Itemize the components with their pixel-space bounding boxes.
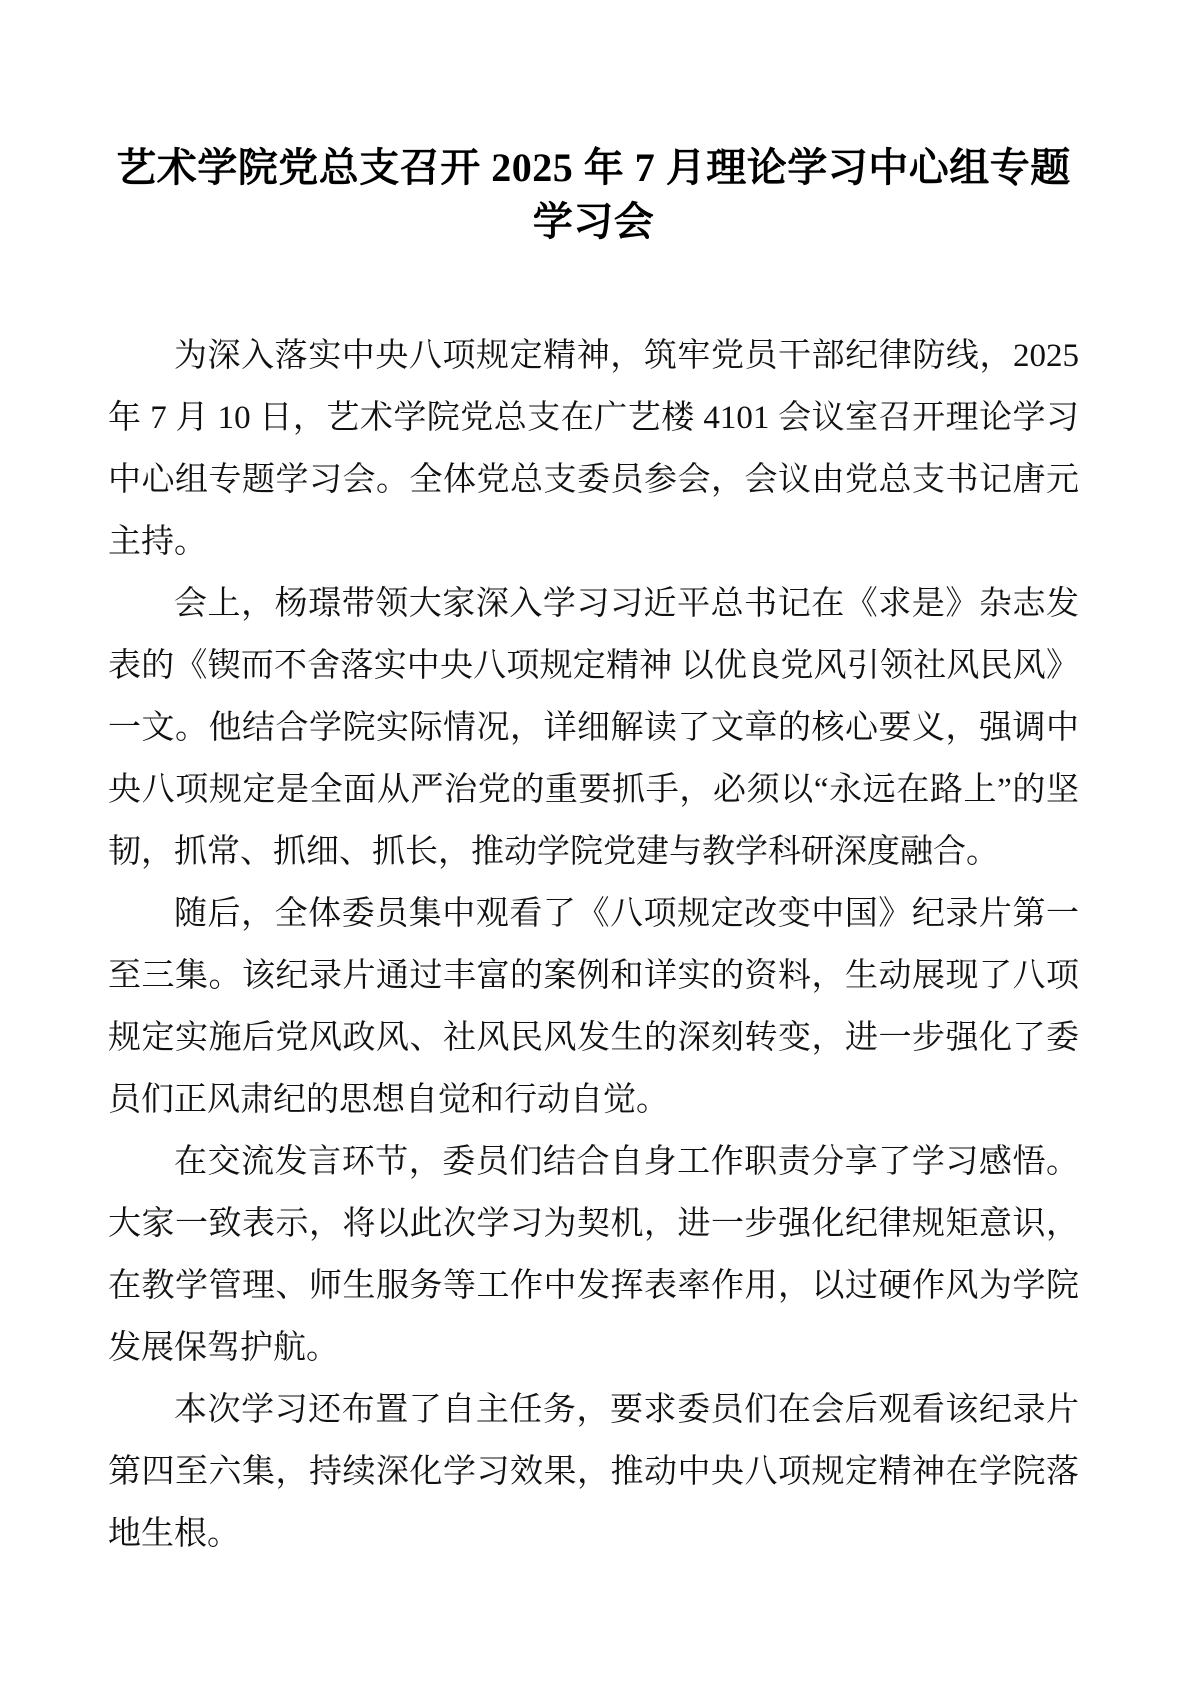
document-page: 艺术学院党总支召开 2025 年 7 月理论学习中心组专题学习会 为深入落实中央… xyxy=(0,0,1191,1684)
document-body: 为深入落实中央八项规定精神，筑牢党员干部纪律防线，2025 年 7 月 10 日… xyxy=(108,325,1079,1565)
paragraph-4: 在交流发言环节，委员们结合自身工作职责分享了学习感悟。大家一致表示，将以此次学习… xyxy=(108,1131,1079,1379)
paragraph-2: 会上，杨璟带领大家深入学习习近平总书记在《求是》杂志发表的《锲而不舍落实中央八项… xyxy=(108,573,1079,883)
paragraph-1: 为深入落实中央八项规定精神，筑牢党员干部纪律防线，2025 年 7 月 10 日… xyxy=(108,325,1079,573)
document-title: 艺术学院党总支召开 2025 年 7 月理论学习中心组专题学习会 xyxy=(108,141,1079,249)
paragraph-5: 本次学习还布置了自主任务，要求委员们在会后观看该纪录片第四至六集，持续深化学习效… xyxy=(108,1379,1079,1565)
paragraph-3: 随后，全体委员集中观看了《八项规定改变中国》纪录片第一至三集。该纪录片通过丰富的… xyxy=(108,883,1079,1131)
